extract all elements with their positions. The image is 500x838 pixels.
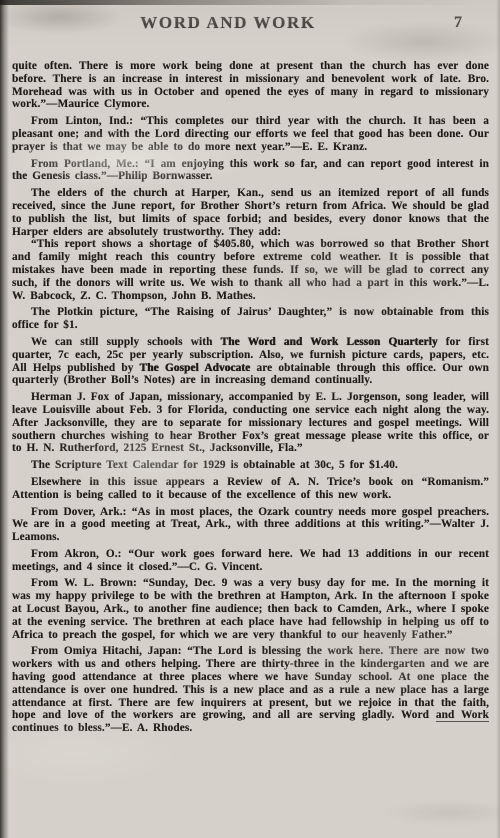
paragraph-scripture-calendar: The Scripture Text Calendar for 1929 is … xyxy=(12,459,489,472)
page-header: WORD AND WORK 7 xyxy=(14,13,486,37)
paragraph-linton-kranz: From Linton, Ind.: “This completes our t… xyxy=(12,115,489,153)
scan-edge-left xyxy=(0,0,9,838)
publication-title: WORD AND WORK xyxy=(14,13,442,33)
page-number: 7 xyxy=(454,14,462,32)
paragraph-harper-report-babcock: “This report shows a shortage of $405.80… xyxy=(12,238,489,302)
paragraph-fox-japan-tour: Herman J. Fox of Japan, missionary, acco… xyxy=(12,391,489,455)
paragraph-harper-elders: The elders of the church at Harper, Kan.… xyxy=(12,187,489,238)
omiya-text-pre: From Omiya Hitachi, Japan: “The Lord is … xyxy=(12,645,489,721)
omiya-underlined-text: and Work xyxy=(436,709,489,722)
paragraph-omiya-rhodes: From Omiya Hitachi, Japan: “The Lord is … xyxy=(12,645,489,735)
page-body: quite often. There is more work being do… xyxy=(12,60,489,735)
paragraph-portland-bornwasser: From Portland, Me.: “I am enjoying this … xyxy=(12,158,489,184)
scanned-page: WORD AND WORK 7 quite often. There is mo… xyxy=(0,0,500,838)
paragraph-continuation-clymore: quite often. There is more work being do… xyxy=(12,60,489,111)
paragraph-akron-vincent: From Akron, O.: “Our work goes forward h… xyxy=(12,548,489,574)
quarterly-text-pre: We can still supply schools with xyxy=(31,336,221,348)
paragraph-plotkin-picture: The Plotkin picture, “The Raising of Jai… xyxy=(12,306,489,332)
paragraph-brown-report: From W. L. Brown: “Sunday, Dec. 9 was a … xyxy=(12,577,489,641)
omiya-text-post: continues to bless.”—E. A. Rhodes. xyxy=(12,722,192,734)
lesson-quarterly-title: The Word and Work Lesson Quarterly xyxy=(221,336,438,348)
paragraph-lesson-quarterly: We can still supply schools with The Wor… xyxy=(12,336,489,387)
paragraph-trice-review: Elsewhere in this issue appears a Review… xyxy=(12,476,489,502)
scan-edge-top xyxy=(0,0,500,5)
gospel-advocate-title: The Gospel Advocate xyxy=(140,362,251,374)
scan-edge-right xyxy=(496,0,500,838)
paragraph-dover-leamons: From Dover, Ark.: “As in most places, th… xyxy=(12,506,489,544)
